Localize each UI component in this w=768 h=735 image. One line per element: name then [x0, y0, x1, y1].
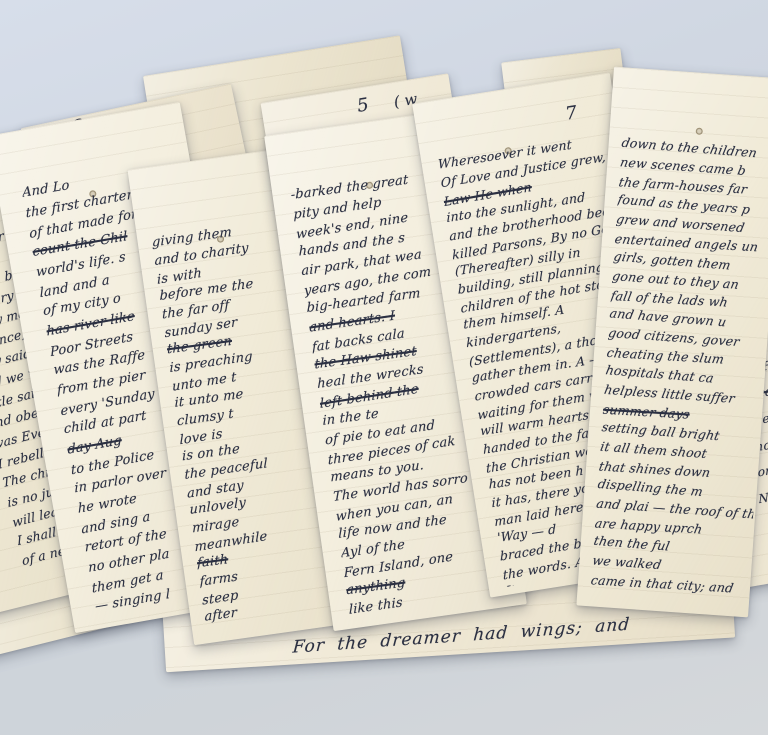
page-number-7: 7	[564, 104, 578, 124]
handwriting-block: down to the childrennew scenes came bthe…	[590, 133, 768, 609]
punch-hole	[696, 128, 703, 135]
manuscript-photo: For the dreamer had wings; and with andS…	[0, 0, 768, 735]
page-number-5: 5	[356, 96, 370, 116]
